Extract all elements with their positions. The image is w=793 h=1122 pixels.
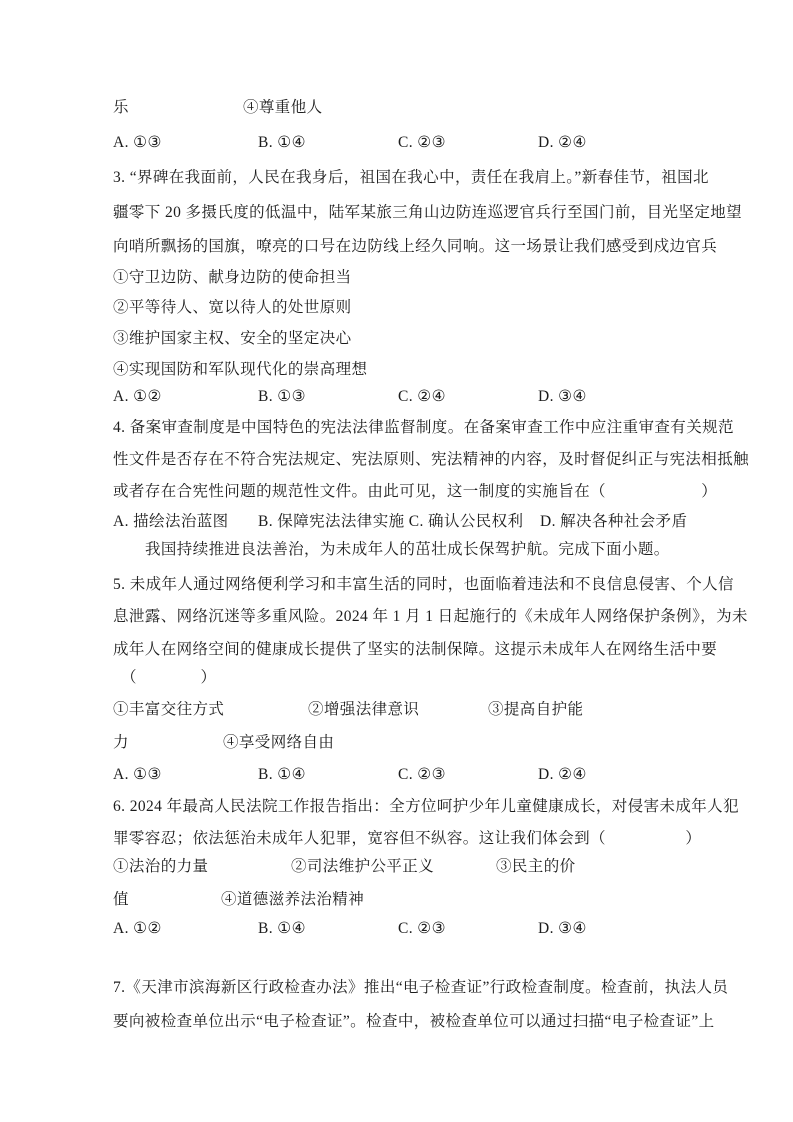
document-line-question: 成年人在网络空间的健康成长提供了坚实的法制保障。这提示未成年人在网络生活中要	[113, 640, 713, 668]
text-segment: 力	[113, 733, 129, 752]
text-segment: 5. 未成年人通过网络便利学习和丰富生活的同时，也面临着违法和不良信息侵害、个人…	[113, 575, 734, 594]
option-label: D. ③④	[538, 919, 587, 938]
text-segment: ④享受网络自由	[223, 733, 334, 752]
document-line-question: （ ）	[113, 668, 713, 700]
text-segment: 我国持续推进良法善治，为未成年人的茁壮成长保驾护航。完成下面小题。	[145, 540, 670, 559]
option-label: D. ③④	[538, 387, 587, 406]
document-line-question: 5. 未成年人通过网络便利学习和丰富生活的同时，也面临着违法和不良信息侵害、个人…	[113, 575, 713, 607]
option-label: A. ①②	[113, 919, 162, 938]
document-lines: 乐④尊重他人A. ①③B. ①④C. ②③D. ②④3. “界碑在我面前，人民在…	[113, 98, 713, 1042]
text-segment: ③维护国家主权、安全的坚定决心	[113, 329, 352, 348]
text-segment: 息泄露、网络沉迷等多重风险。2024 年 1 月 1 日起施行的《未成年人网络保…	[113, 607, 748, 626]
text-segment: ④道德滋养法治精神	[221, 890, 364, 909]
option-label: C. ②③	[398, 765, 446, 784]
document-line-sub-option: ①守卫边防、献身边防的使命担当	[113, 268, 713, 298]
document-line-options: A. 描绘法治蓝图B. 保障宪法法律实施 C. 确认公民权利D. 解决各种社会矛…	[113, 512, 713, 540]
option-label: C. ②③	[398, 919, 446, 938]
text-segment: 3. “界碑在我面前，人民在我身后，祖国在我心中，责任在我肩上。”新春佳节，祖国…	[113, 168, 709, 187]
option-label: D. 解决各种社会矛盾	[540, 512, 687, 531]
text-segment: 向哨所飘扬的国旗，嘹亮的口号在边防线上经久同响。这一场景让我们感受到戍边官兵	[113, 237, 717, 256]
text-segment: ②司法维护公平正义	[291, 857, 434, 876]
text-segment: ③民主的价	[496, 857, 576, 876]
text-segment: 疆零下 20 多摄氏度的低温中，陆军某旅三角山边防连巡逻官兵行至国门前，目光坚定…	[113, 203, 742, 222]
option-label: A. ①③	[113, 765, 162, 784]
option-label: C. ②④	[398, 387, 446, 406]
document-line-question: 3. “界碑在我面前，人民在我身后，祖国在我心中，责任在我肩上。”新春佳节，祖国…	[113, 168, 713, 203]
option-label: B. ①④	[258, 133, 306, 152]
option-label: A. 描绘法治蓝图	[113, 512, 229, 531]
text-segment: 值	[113, 890, 129, 909]
document-line-question: 罪零容忍；依法惩治未成年人犯罪，宽容但不纵容。这让我们体会到（ ）	[113, 829, 713, 857]
text-segment: 罪零容忍；依法惩治未成年人犯罪，宽容但不纵容。这让我们体会到（ ）	[113, 829, 701, 848]
document-line-options: A. ①③B. ①④C. ②③D. ②④	[113, 765, 713, 797]
option-label: C. ②③	[398, 133, 446, 152]
text-segment: 7.《天津市滨海新区行政检查办法》推出“电子检查证”行政检查制度。检查前，执法人…	[113, 978, 728, 997]
document-line-question: 性文件是否存在不符合宪法规定、宪法原则、宪法精神的内容，及时督促纠正与宪法相抵触	[113, 450, 713, 482]
text-segment: ②增强法律意识	[308, 700, 419, 719]
option-label: D. ②④	[538, 133, 587, 152]
text-segment: ③提高自护能	[488, 700, 583, 719]
option-label: B. ①④	[258, 919, 306, 938]
option-label: A. ①②	[113, 387, 162, 406]
document-line-continuation: 乐④尊重他人	[113, 98, 713, 133]
document-line-continuation: 力④享受网络自由	[113, 733, 713, 765]
document-line-sub-option: ③维护国家主权、安全的坚定决心	[113, 329, 713, 360]
text-segment: （ ）	[121, 668, 216, 687]
text-segment: 或者存在合宪性问题的规范性文件。由此可见，这一制度的实施旨在（ ）	[113, 482, 717, 501]
option-label: D. ②④	[538, 765, 587, 784]
document-line-continuation: 值④道德滋养法治精神	[113, 890, 713, 919]
text-segment: ②平等待人、宽以待人的处世原则	[113, 298, 352, 317]
document-line-question: 7.《天津市滨海新区行政检查办法》推出“电子检查证”行政检查制度。检查前，执法人…	[113, 978, 713, 1012]
text-segment: 乐	[113, 98, 129, 117]
option-label: A. ①③	[113, 133, 162, 152]
document-line-question: 疆零下 20 多摄氏度的低温中，陆军某旅三角山边防连巡逻官兵行至国门前，目光坚定…	[113, 203, 713, 237]
option-label: B. 保障宪法法律实施 C. 确认公民权利	[258, 512, 523, 531]
document-line-question: 息泄露、网络沉迷等多重风险。2024 年 1 月 1 日起施行的《未成年人网络保…	[113, 607, 713, 640]
document-line-options: A. ①②B. ①④C. ②③D. ③④	[113, 919, 713, 978]
text-segment: ①守卫边防、献身边防的使命担当	[113, 268, 352, 287]
document-line-question: 向哨所飘扬的国旗，嘹亮的口号在边防线上经久同响。这一场景让我们感受到戍边官兵	[113, 237, 713, 268]
document-line-question: 6. 2024 年最高人民法院工作报告指出：全方位呵护少年儿童健康成长，对侵害未…	[113, 797, 713, 829]
document-line-question: 或者存在合宪性问题的规范性文件。由此可见，这一制度的实施旨在（ ）	[113, 482, 713, 512]
text-segment: 性文件是否存在不符合宪法规定、宪法原则、宪法精神的内容，及时督促纠正与宪法相抵触	[113, 450, 749, 469]
text-segment: ④尊重他人	[243, 98, 323, 117]
text-segment: ①丰富交往方式	[113, 700, 224, 719]
text-segment: 要向被检查单位出示“电子检查证”。检查中，被检查单位可以通过扫描“电子检查证”上	[113, 1012, 715, 1031]
text-segment: 成年人在网络空间的健康成长提供了坚实的法制保障。这提示未成年人在网络生活中要	[113, 640, 717, 659]
text-segment: 6. 2024 年最高人民法院工作报告指出：全方位呵护少年儿童健康成长，对侵害未…	[113, 797, 739, 816]
document-line-sub-option: ①丰富交往方式②增强法律意识③提高自护能	[113, 700, 713, 733]
text-segment: 4. 备案审查制度是中国特色的宪法法律监督制度。在备案审查工作中应注重审查有关规…	[113, 418, 734, 437]
document-line-sub-option: ①法治的力量②司法维护公平正义③民主的价	[113, 857, 713, 890]
document-line-options: A. ①③B. ①④C. ②③D. ②④	[113, 133, 713, 168]
text-segment: ①法治的力量	[113, 857, 208, 876]
document-line-question: 要向被检查单位出示“电子检查证”。检查中，被检查单位可以通过扫描“电子检查证”上	[113, 1012, 713, 1042]
document-line-options: A. ①②B. ①③C. ②④D. ③④	[113, 387, 713, 418]
document-line-sub-option: ②平等待人、宽以待人的处世原则	[113, 298, 713, 329]
option-label: B. ①④	[258, 765, 306, 784]
text-segment: ④实现国防和军队现代化的崇高理想	[113, 360, 367, 379]
document-line-sub-option: ④实现国防和军队现代化的崇高理想	[113, 360, 713, 387]
document-line-intro: 我国持续推进良法善治，为未成年人的茁壮成长保驾护航。完成下面小题。	[113, 540, 713, 575]
document-line-question: 4. 备案审查制度是中国特色的宪法法律监督制度。在备案审查工作中应注重审查有关规…	[113, 418, 713, 450]
option-label: B. ①③	[258, 387, 306, 406]
exam-page: 乐④尊重他人A. ①③B. ①④C. ②③D. ②④3. “界碑在我面前，人民在…	[0, 0, 793, 1122]
